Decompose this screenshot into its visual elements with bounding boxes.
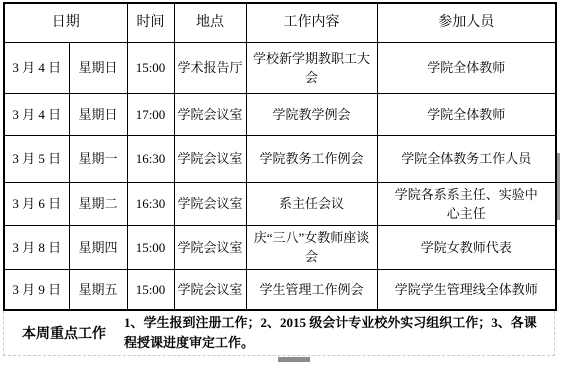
date-cell: 3 月 5 日 bbox=[4, 135, 69, 182]
header-content: 工作内容 bbox=[246, 3, 377, 42]
location-cell: 学院会议室 bbox=[174, 135, 246, 182]
weekday-cell: 星期日 bbox=[69, 93, 127, 135]
time-cell: 16:30 bbox=[127, 135, 174, 182]
location-cell: 学院会议室 bbox=[174, 269, 246, 310]
date-cell: 3 月 6 日 bbox=[4, 182, 69, 225]
time-cell: 15:00 bbox=[127, 42, 174, 93]
content-cell: 学院教学例会 bbox=[246, 93, 377, 135]
weekday-cell: 星期五 bbox=[69, 269, 127, 310]
location-cell: 学院会议室 bbox=[174, 93, 246, 135]
table-row: 3 月 6 日 星期二 16:30 学院会议室 系主任会议 学院各系系主任、实验… bbox=[4, 182, 556, 225]
table-row: 3 月 8 日 星期四 15:00 学院会议室 庆“三八”女教师座谈会 学院女教… bbox=[4, 225, 556, 269]
date-cell: 3 月 4 日 bbox=[4, 42, 69, 93]
header-row: 日期 时间 地点 工作内容 参加人员 bbox=[4, 3, 556, 42]
date-cell: 3 月 8 日 bbox=[4, 225, 69, 269]
content-cell: 庆“三八”女教师座谈会 bbox=[246, 225, 377, 269]
date-cell: 3 月 9 日 bbox=[4, 269, 69, 310]
weekly-highlights-label: 本周重点工作 bbox=[4, 311, 124, 355]
header-location: 地点 bbox=[174, 3, 246, 42]
content-cell: 学生管理工作例会 bbox=[246, 269, 377, 310]
table-row: 3 月 4 日 星期日 17:00 学院会议室 学院教学例会 学院全体教师 bbox=[4, 93, 556, 135]
time-cell: 15:00 bbox=[127, 225, 174, 269]
schedule-table: 日期 时间 地点 工作内容 参加人员 3 月 4 日 星期日 15:00 学术报… bbox=[3, 2, 557, 311]
time-cell: 16:30 bbox=[127, 182, 174, 225]
participants-cell: 学院全体教师 bbox=[377, 42, 556, 93]
weekday-cell: 星期二 bbox=[69, 182, 127, 225]
table-row: 3 月 5 日 星期一 16:30 学院会议室 学院教务工作例会 学院全体教务工… bbox=[4, 135, 556, 182]
content-cell: 学校新学期教职工大会 bbox=[246, 42, 377, 93]
weekday-cell: 星期日 bbox=[69, 42, 127, 93]
participants-cell: 学院全体教务工作人员 bbox=[377, 135, 556, 182]
participants-cell: 学院各系系主任、实验中 心主任 bbox=[377, 182, 556, 225]
location-cell: 学术报告厅 bbox=[174, 42, 246, 93]
content-cell: 系主任会议 bbox=[246, 182, 377, 225]
document-page: 日期 时间 地点 工作内容 参加人员 3 月 4 日 星期日 15:00 学术报… bbox=[0, 0, 561, 366]
content-cell: 学院教务工作例会 bbox=[246, 135, 377, 182]
participants-cell: 学院学生管理线全体教师 bbox=[377, 269, 556, 310]
location-cell: 学院会议室 bbox=[174, 182, 246, 225]
header-date: 日期 bbox=[4, 3, 127, 42]
table-row: 3 月 4 日 星期日 15:00 学术报告厅 学校新学期教职工大会 学院全体教… bbox=[4, 42, 556, 93]
table-resize-handle[interactable] bbox=[278, 357, 310, 362]
date-cell: 3 月 4 日 bbox=[4, 93, 69, 135]
weekday-cell: 星期四 bbox=[69, 225, 127, 269]
header-time: 时间 bbox=[127, 3, 174, 42]
weekday-cell: 星期一 bbox=[69, 135, 127, 182]
table-row: 3 月 9 日 星期五 15:00 学院会议室 学生管理工作例会 学院学生管理线… bbox=[4, 269, 556, 310]
location-cell: 学院会议室 bbox=[174, 225, 246, 269]
time-cell: 15:00 bbox=[127, 269, 174, 310]
weekly-highlights-row: 本周重点工作 1、学生报到注册工作；2、2015 级会计专业校外实习组织工作；3… bbox=[3, 311, 555, 356]
participants-cell: 学院全体教师 bbox=[377, 93, 556, 135]
participants-cell: 学院女教师代表 bbox=[377, 225, 556, 269]
scrollbar-thumb[interactable] bbox=[557, 153, 560, 220]
weekly-highlights-content: 1、学生报到注册工作；2、2015 级会计专业校外实习组织工作；3、各课 程授课… bbox=[124, 311, 554, 355]
time-cell: 17:00 bbox=[127, 93, 174, 135]
weekly-schedule-block: 日期 时间 地点 工作内容 参加人员 3 月 4 日 星期日 15:00 学术报… bbox=[3, 2, 555, 356]
header-participants: 参加人员 bbox=[377, 3, 556, 42]
